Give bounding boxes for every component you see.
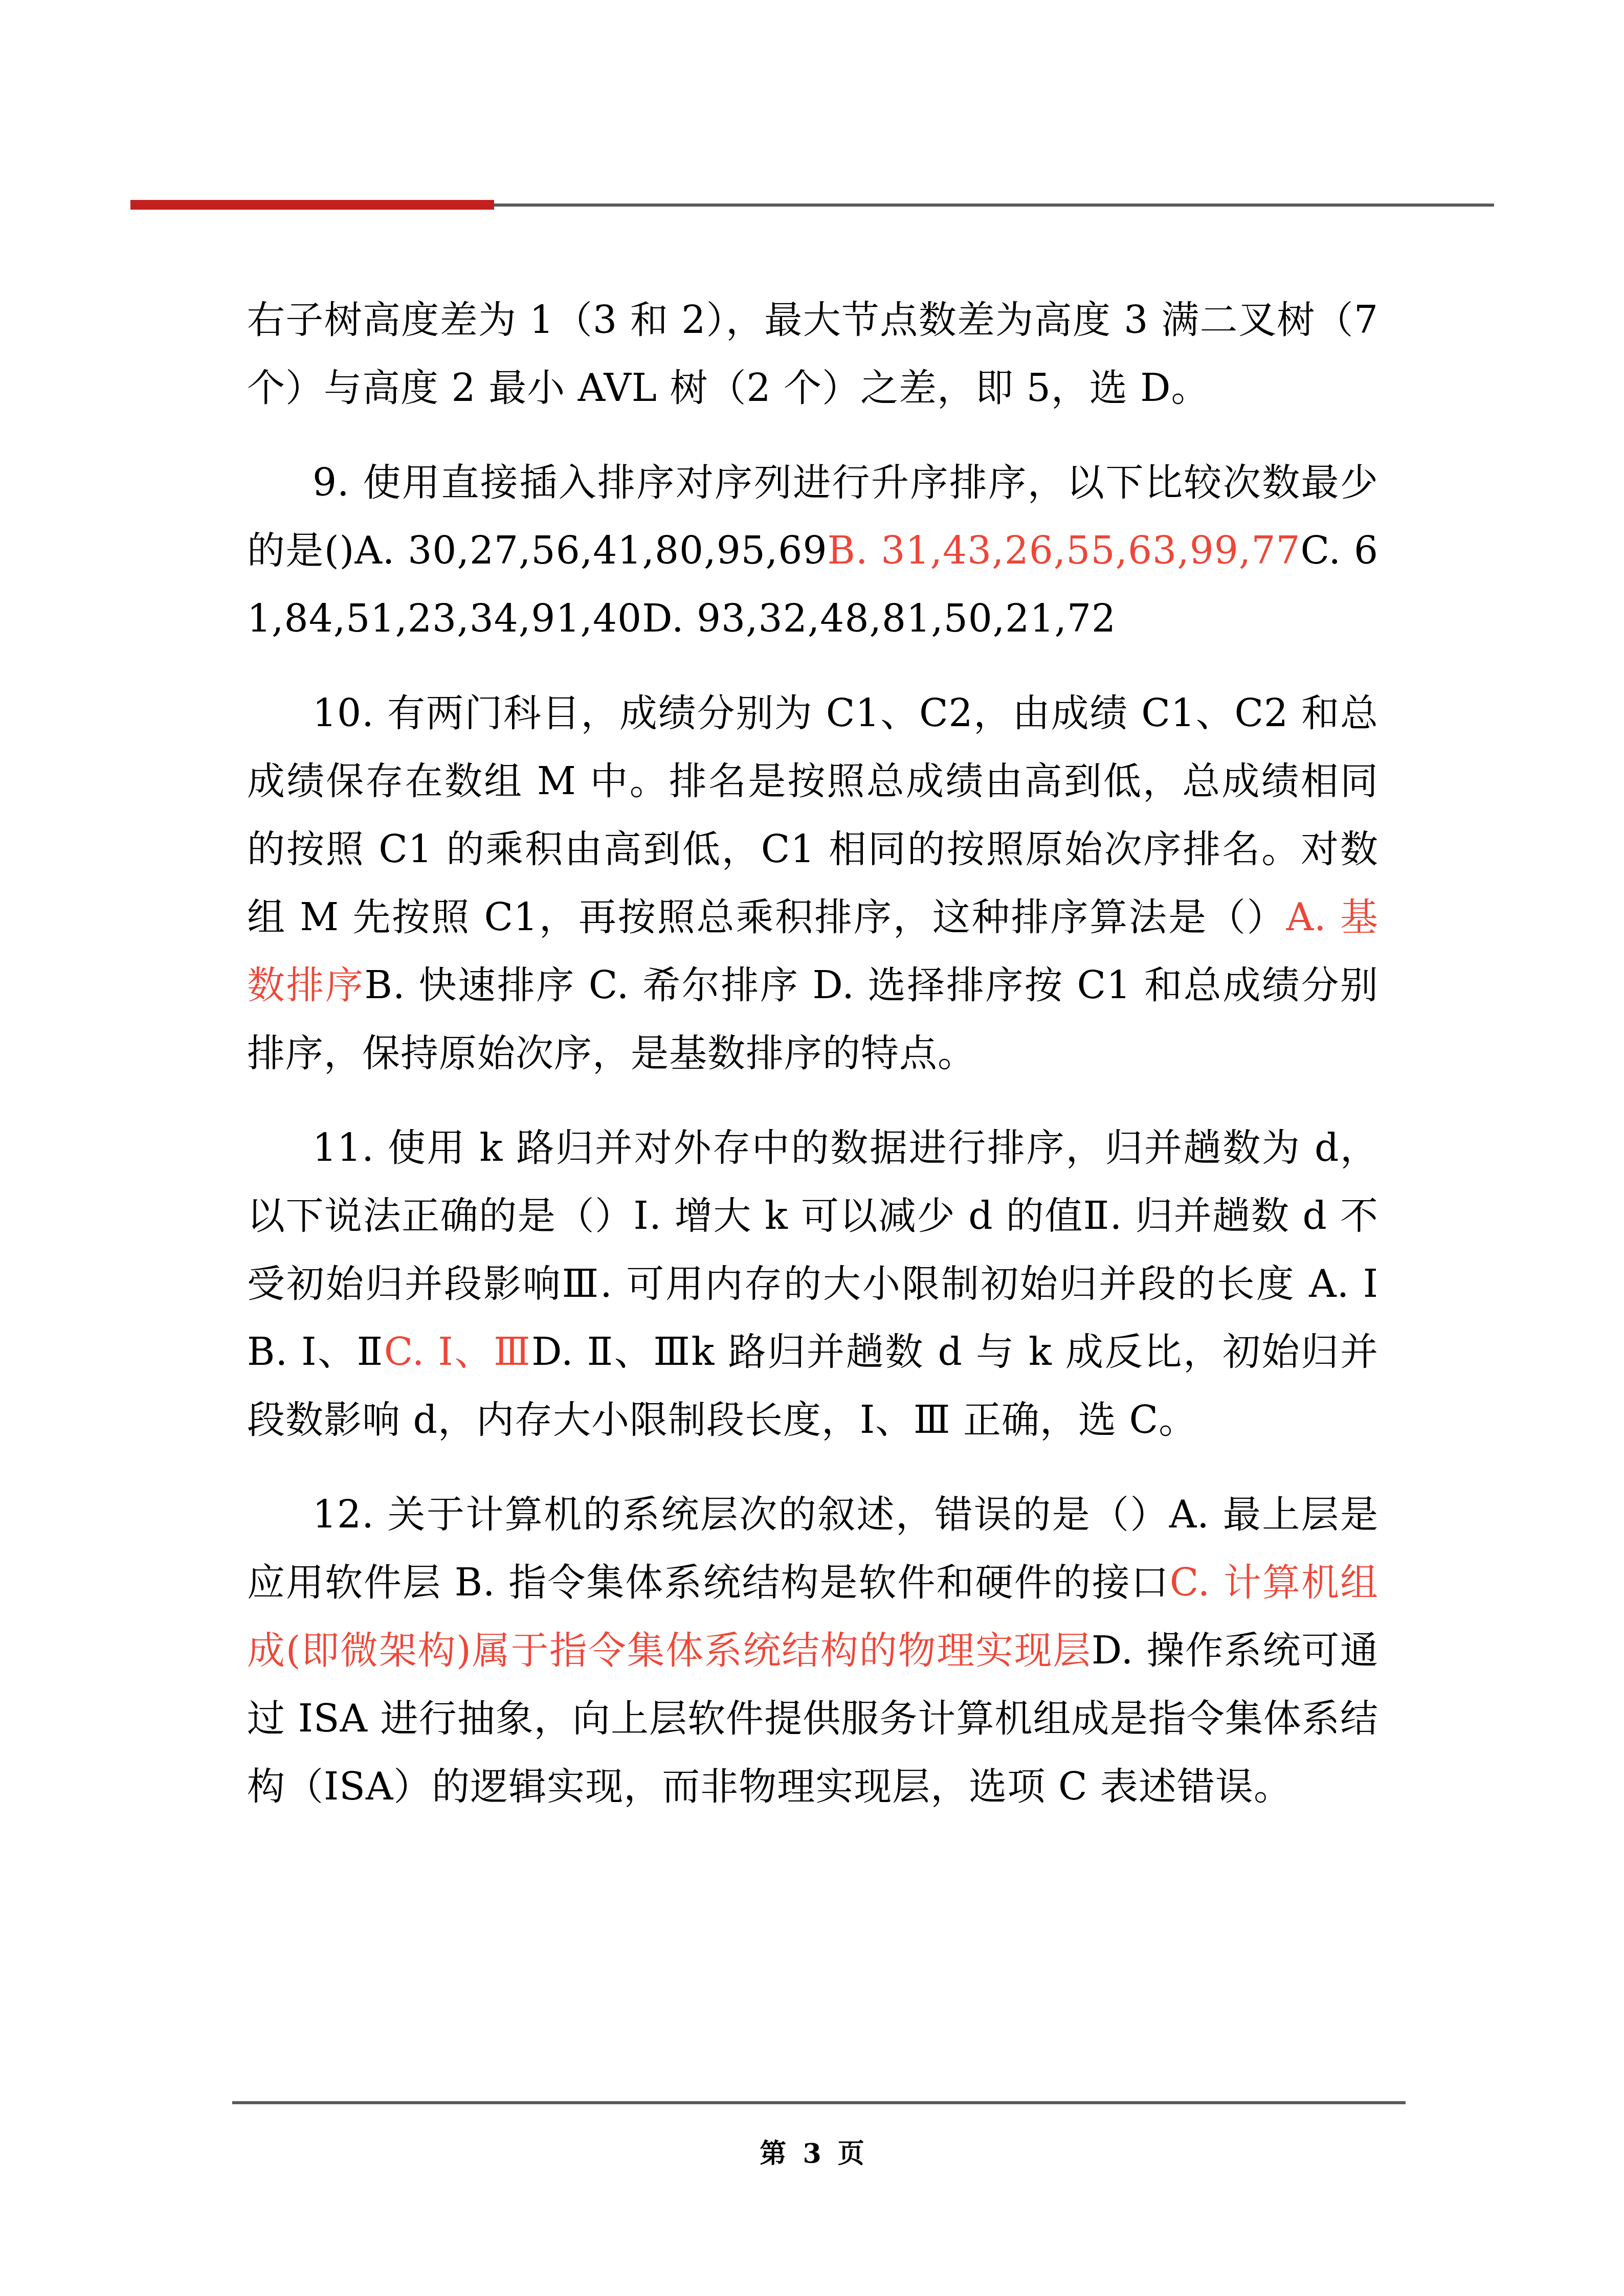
question-9: 9. 使用直接插入排序对序列进行升序排序，以下比较次数最少的是()A. 30,2… bbox=[247, 449, 1378, 653]
footer-rule bbox=[232, 2101, 1406, 2104]
page-body: 右子树高度差为 1（3 和 2），最大节点数差为高度 3 满二叉树（7 个）与高… bbox=[247, 286, 1378, 1848]
question-12: 12. 关于计算机的系统层次的叙述，错误的是（）A. 最上层是应用软件层 B. … bbox=[247, 1481, 1378, 1821]
header-accent-bar bbox=[130, 200, 494, 210]
correct-answer: C. Ⅰ、Ⅲ bbox=[384, 1330, 531, 1374]
header-rule bbox=[494, 204, 1494, 207]
question-text: B. 快速排序 C. 希尔排序 D. 选择排序按 C1 和总成绩分别排序，保持原… bbox=[247, 963, 1378, 1075]
text-segment: 右子树高度差为 1（3 和 2），最大节点数差为高度 3 满二叉树（7 个）与高… bbox=[247, 298, 1378, 410]
correct-answer: B. 31,43,26,55,63,99,77 bbox=[828, 529, 1301, 573]
question-11: 11. 使用 k 路归并对外存中的数据进行排序，归并趟数为 d，以下说法正确的是… bbox=[247, 1114, 1378, 1454]
page-number: 第 3 页 bbox=[0, 2137, 1624, 2170]
paragraph-q8-explanation-tail: 右子树高度差为 1（3 和 2），最大节点数差为高度 3 满二叉树（7 个）与高… bbox=[247, 286, 1378, 422]
question-text: 10. 有两门科目，成绩分别为 C1、C2，由成绩 C1、C2 和总成绩保存在数… bbox=[247, 691, 1378, 939]
question-10: 10. 有两门科目，成绩分别为 C1、C2，由成绩 C1、C2 和总成绩保存在数… bbox=[247, 680, 1378, 1088]
